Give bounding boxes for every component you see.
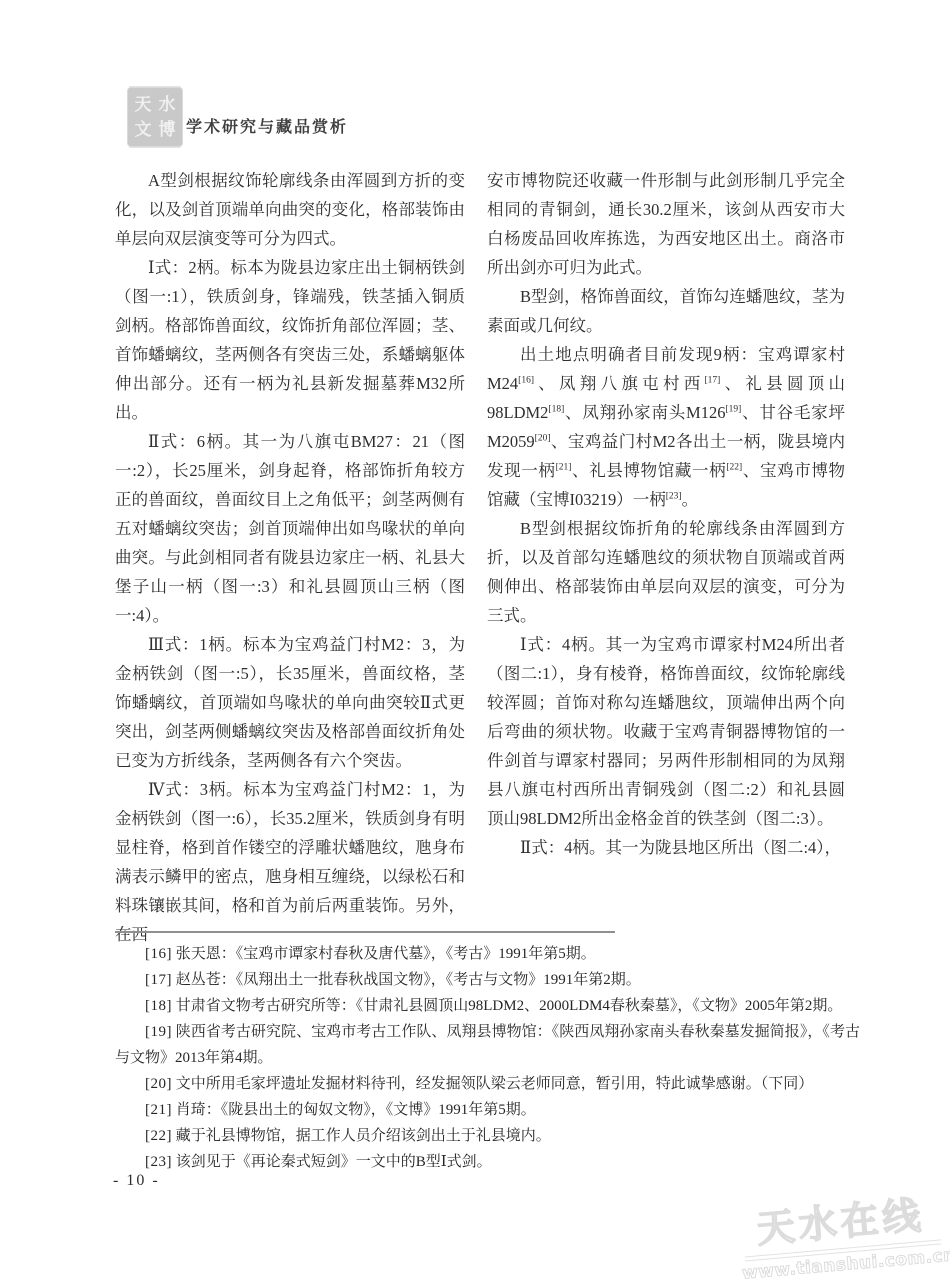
tianshui-museum-seal-logo: 天 水 文 博 bbox=[128, 88, 182, 146]
footnote-label: [20] bbox=[145, 1076, 172, 1092]
footnote-item: [16] 张天恩：《宝鸡市谭家村春秋及唐代墓》，《考古》1991年第5期。 bbox=[115, 941, 860, 967]
seal-char: 博 bbox=[159, 121, 176, 138]
section-title: 学术研究与藏品赏析 bbox=[186, 114, 348, 137]
footnote-item: [23] 该剑见于《再论秦式短剑》一文中的B型Ⅰ式剑。 bbox=[115, 1149, 860, 1175]
footnote-label: [17] bbox=[145, 972, 172, 988]
footnote-reference: [18] bbox=[548, 405, 564, 415]
footnote-item: [20] 文中所用毛家坪遗址发掘材料待刊，经发掘领队梁云老师同意，暂引用，特此诚… bbox=[115, 1071, 860, 1097]
footnote-reference: [22] bbox=[726, 463, 742, 473]
footnote-label: [23] bbox=[145, 1154, 172, 1170]
footnote-label: [22] bbox=[145, 1128, 172, 1144]
footnote-reference: [16] bbox=[518, 376, 534, 386]
footnote-label: [21] bbox=[145, 1102, 172, 1118]
footnote-label: [16] bbox=[145, 946, 172, 962]
footnote-reference: [17] bbox=[705, 376, 721, 386]
paragraph: 出土地点明确者目前发现9柄：宝鸡谭家村M24[16]、凤翔八旗屯村西[17]、礼… bbox=[487, 340, 845, 514]
footnote-item: [17] 赵丛苍：《凤翔出土一批春秋战国文物》，《考古与文物》1991年第2期。 bbox=[115, 967, 860, 993]
footnote-item: [18] 甘肃省文物考古研究所等：《甘肃礼县圆顶山98LDM2、2000LDM4… bbox=[115, 993, 860, 1019]
paragraph: Ⅰ式：2柄。标本为陇县边家庄出土铜柄铁剑（图一:1），铁质剑身，锋端残，铁茎插入… bbox=[115, 253, 465, 427]
footnote-reference: [21] bbox=[556, 463, 572, 473]
paragraph: Ⅲ式：1柄。标本为宝鸡益门村M2：3，为金柄铁剑（图一:5），长35厘米，兽面纹… bbox=[115, 630, 465, 775]
watermark-rule bbox=[745, 1239, 942, 1261]
footnotes-block: [16] 张天恩：《宝鸡市谭家村春秋及唐代墓》，《考古》1991年第5期。[17… bbox=[115, 941, 860, 1175]
paragraph: A型剑根据纹饰轮廓线条由浑圆到方折的变化，以及剑首顶端单向曲突的变化，格部装饰由… bbox=[115, 166, 465, 253]
footnote-separator-rule bbox=[115, 931, 615, 933]
paragraph: Ⅱ式：6柄。其一为八旗屯BM27：21（图一:2），长25厘米，剑身起脊，格部饰… bbox=[115, 427, 465, 630]
seal-char: 水 bbox=[159, 96, 176, 113]
seal-char: 文 bbox=[135, 121, 152, 138]
paragraph: B型剑，格饰兽面纹，首饰勾连蟠虺纹，茎为素面或几何纹。 bbox=[487, 282, 845, 340]
footnote-item: [22] 藏于礼县博物馆，据工作人员介绍该剑出土于礼县境内。 bbox=[115, 1123, 860, 1149]
footnote-label: [18] bbox=[145, 998, 172, 1014]
footnote-label: [19] bbox=[145, 1024, 172, 1040]
paragraph: Ⅰ式：4柄。其一为宝鸡市谭家村M24所出者（图二:1），身有棱脊，格饰兽面纹，纹… bbox=[487, 630, 845, 833]
footnote-item: [21] 肖琦：《陇县出土的匈奴文物》，《文博》1991年第5期。 bbox=[115, 1097, 860, 1123]
watermark: 天水在线 www.tianshui.com.cn bbox=[736, 1182, 948, 1279]
left-text-column: A型剑根据纹饰轮廓线条由浑圆到方折的变化，以及剑首顶端单向曲突的变化，格部装饰由… bbox=[115, 166, 465, 949]
footnote-reference: [23] bbox=[666, 492, 682, 502]
paragraph: Ⅳ式：3柄。标本为宝鸡益门村M2：1，为金柄铁剑（图一:6），长35.2厘米，铁… bbox=[115, 775, 465, 949]
journal-page: 天 水 文 博 学术研究与藏品赏析 A型剑根据纹饰轮廓线条由浑圆到方折的变化，以… bbox=[0, 0, 950, 1279]
footnote-item: [19] 陕西省考古研究院、宝鸡市考古工作队、凤翔县博物馆：《陕西凤翔孙家南头春… bbox=[115, 1019, 860, 1071]
paragraph: 安市博物院还收藏一件形制与此剑形制几乎完全相同的青铜剑，通长30.2厘米，该剑从… bbox=[487, 166, 845, 282]
seal-char: 天 bbox=[135, 96, 152, 113]
paragraph: B型剑根据纹饰折角的轮廓线条由浑圆到方折，以及首部勾连蟠虺纹的须状物自顶端或首两… bbox=[487, 514, 845, 630]
page-number: - 10 - bbox=[113, 1172, 160, 1190]
watermark-url: www.tianshui.com.cn bbox=[741, 1246, 947, 1279]
paragraph: Ⅱ式：4柄。其一为陇县地区所出（图二:4）， bbox=[487, 833, 845, 862]
footnote-reference: [20] bbox=[535, 434, 551, 444]
watermark-site-name: 天水在线 bbox=[736, 1182, 945, 1255]
right-text-column: 安市博物院还收藏一件形制与此剑形制几乎完全相同的青铜剑，通长30.2厘米，该剑从… bbox=[487, 166, 845, 862]
footnote-reference: [19] bbox=[725, 405, 741, 415]
